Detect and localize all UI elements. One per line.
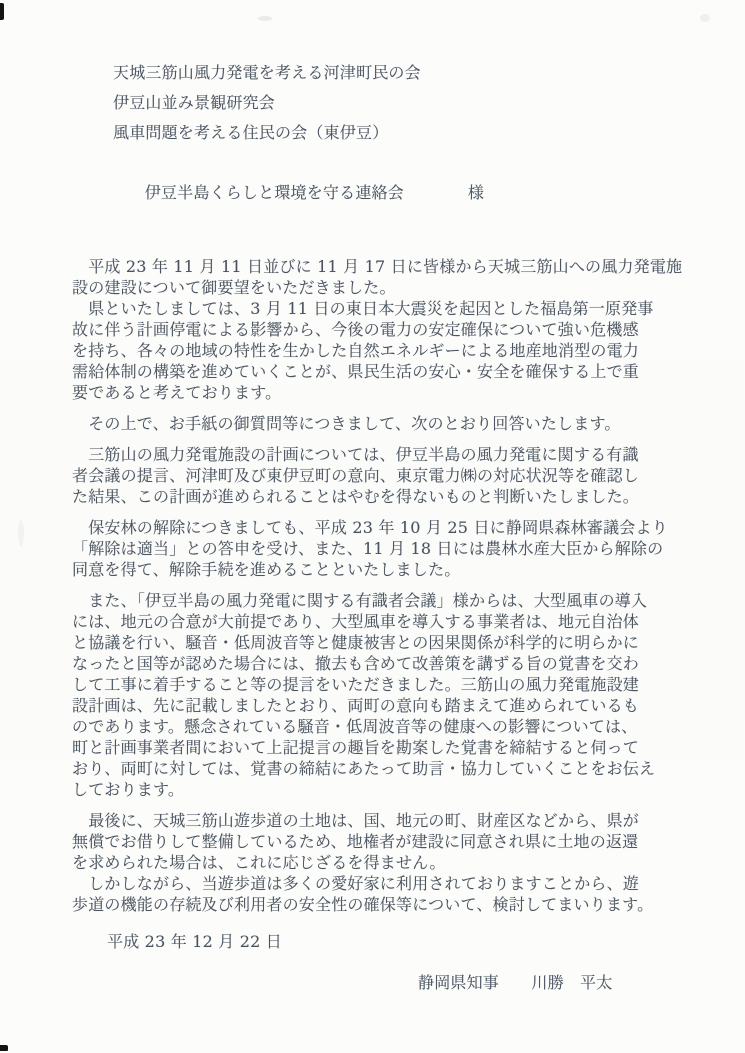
letter-line: 町と計画事業者間において上記提言の趣旨を勘案した覚書を締結すると伺って [72, 737, 745, 758]
letter-line: 設計画は、先に記載しましたとおり、両町の意向も踏まえて進められているも [72, 695, 745, 716]
recipient-line: 伊豆半島くらしと環境を守る連絡会様 [113, 148, 745, 238]
letter-line: 平成 23 年 11 月 11 日並びに 11 月 17 日に皆様から天城三筋山… [72, 256, 745, 277]
letter-line: 歩道の機能の存続及び利用者の安全性の確保等について、検討してまいります。 [72, 894, 745, 915]
paragraph-expert-council: また、「伊豆半島の風力発電に関する有識者会議」様からは、大型風車の導入 には、地… [72, 590, 745, 800]
letter-date: 平成 23 年 12 月 22 日 [72, 931, 745, 952]
paragraph-policy: 県といたしましては、3 月 11 日の東日本大震災を起因とした福島第一原発事 故… [72, 298, 745, 403]
letter-line: と協議を行い、騒音・低周波音等と健康被害との因果関係が科学的に明らかに [72, 632, 745, 653]
letter-body: 平成 23 年 11 月 11 日並びに 11 月 17 日に皆様から天城三筋山… [0, 238, 745, 993]
recipient-block: 天城三筋山風力発電を考える河津町民の会 伊豆山並み景観研究会 風車問題を考える住… [0, 0, 745, 238]
paragraph-greeting: 平成 23 年 11 月 11 日並びに 11 月 17 日に皆様から天城三筋山… [72, 256, 745, 298]
letter-line: 県といたしましては、3 月 11 日の東日本大震災を起因とした福島第一原発事 [72, 298, 745, 319]
letter-line: おり、両町に対しては、覚書の締結にあたって助言・協力していくことをお伝え [72, 758, 745, 779]
scanned-letter-page: 天城三筋山風力発電を考える河津町民の会 伊豆山並み景観研究会 風車問題を考える住… [0, 0, 745, 1053]
letter-line: 故に伴う計画停電による影響から、今後の電力の安定確保について強い危機感 [72, 319, 745, 340]
signature-governor: 静岡県知事 川勝 平太 [72, 972, 745, 993]
recipient-name: 伊豆半島くらしと環境を守る連絡会 [145, 183, 404, 202]
letter-line: 「解除は適当」との答申を受け、また、11 月 18 日には農林水産大臣から解除の [72, 538, 745, 559]
letter-line: 無償でお借りして整備しているため、地権者が建設に同意され県に土地の返還 [72, 831, 745, 852]
letter-line: しております。 [72, 779, 745, 800]
paragraph-plan-judgement: 三筋山の風力発電施設の計画については、伊豆半島の風力発電に関する有識 者会議の提… [72, 444, 745, 507]
letter-line: 要であると考えております。 [72, 382, 745, 403]
letter-line: また、「伊豆半島の風力発電に関する有識者会議」様からは、大型風車の導入 [72, 590, 745, 611]
paragraph-reply-intro: その上で、お手紙の御質問等につきまして、次のとおり回答いたします。 [72, 413, 745, 434]
letter-line: 三筋山の風力発電施設の計画については、伊豆半島の風力発電に関する有識 [72, 444, 745, 465]
paragraph-trail-land: 最後に、天城三筋山遊歩道の土地は、国、地元の町、財産区などから、県が 無償でお借… [72, 810, 745, 915]
recipient-line: 天城三筋山風力発電を考える河津町民の会 [113, 58, 745, 88]
scan-artifact-bottom-left-icon [0, 1045, 8, 1051]
paragraph-forest-release: 保安林の解除につきましても、平成 23 年 10 月 25 日に静岡県森林審議会… [72, 517, 745, 580]
letter-line: 者会議の提言、河津町及び東伊豆町の意向、東京電力㈱の対応状況等を確認し [72, 465, 745, 486]
letter-line: 設の建設について御要望をいただきました。 [72, 277, 745, 298]
letter-line: を求められた場合は、これに応じざるを得ません。 [72, 852, 745, 873]
letter-line: しかしながら、当遊歩道は多くの愛好家に利用されておりますことから、遊 [72, 873, 745, 894]
recipient-line: 風車問題を考える住民の会（東伊豆） [113, 118, 745, 148]
letter-line: 需給体制の構築を進めていくことが、県民生活の安心・安全を確保する上で重 [72, 361, 745, 382]
letter-line: 最後に、天城三筋山遊歩道の土地は、国、地元の町、財産区などから、県が [72, 810, 745, 831]
letter-line: して工事に着手すること等の提言をいただきました。三筋山の風力発電施設建 [72, 674, 745, 695]
letter-line: には、地元の合意が大前提であり、大型風車を導入する事業者は、地元自治体 [72, 611, 745, 632]
letter-line: た結果、この計画が進められることはやむを得ないものと判断いたしました。 [72, 486, 745, 507]
letter-line: なったと国等が認めた場合には、撤去も含めて改善策を講ずる旨の覚書を交わ [72, 653, 745, 674]
letter-line: 保安林の解除につきましても、平成 23 年 10 月 25 日に静岡県森林審議会… [72, 517, 745, 538]
letter-line: を持ち、各々の地域の特性を生かした自然エネルギーによる地産地消型の電力 [72, 340, 745, 361]
scan-artifact-top-left-icon [0, 3, 4, 20]
recipient-line: 伊豆山並み景観研究会 [113, 88, 745, 118]
honorific-sama: 様 [468, 178, 484, 208]
letter-line: のであります。懸念されている騒音・低周波音等の健康への影響については、 [72, 716, 745, 737]
letter-line: その上で、お手紙の御質問等につきまして、次のとおり回答いたします。 [72, 413, 745, 434]
letter-line: 同意を得て、解除手続を進めることといたしました。 [72, 559, 745, 580]
